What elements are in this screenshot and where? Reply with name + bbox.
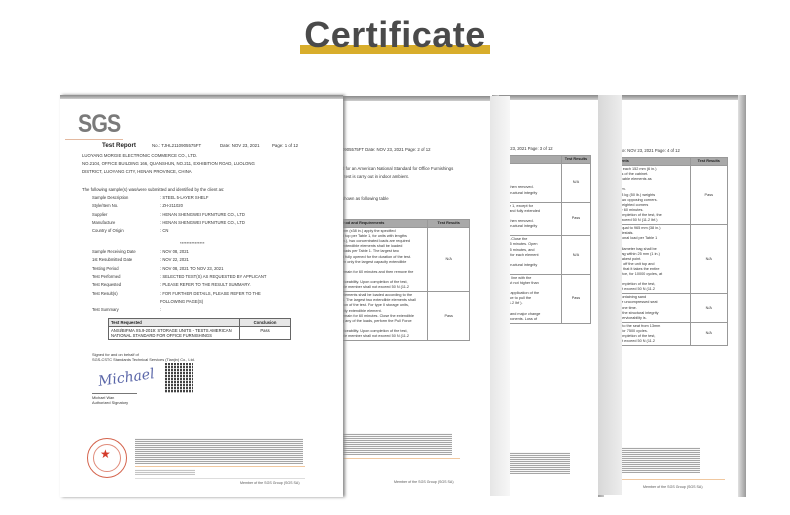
signature: Michael <box>97 366 155 390</box>
report-number: No.: TJHL2110905575FT <box>152 143 201 148</box>
col-header: Conclusion <box>240 319 291 327</box>
table-row: l or equal to 965 mm (38 in.) d pedestal… <box>611 225 728 294</box>
report-title: Test Report <box>102 142 136 149</box>
result-cell: N/A <box>428 228 470 292</box>
page-overlap-shadow <box>598 95 622 495</box>
cell-test: ANSI/BIFMA X5.9-2019: STORAGE UNITS - TE… <box>109 327 240 340</box>
table-row: Table 1, except for tion and fully exten… <box>500 202 591 236</box>
field-label: Manufacture <box>92 220 115 225</box>
table-row: ds onto the seat from 13mm face for 7500… <box>611 322 728 345</box>
qr-code-icon <box>165 363 193 393</box>
table-row: mm (x38 in.) apply the specified d top p… <box>340 228 470 292</box>
col-header: Test Requested <box>109 319 240 327</box>
field-label: Sample Description <box>92 195 128 200</box>
result-cell: Pass <box>428 292 470 341</box>
field-label: Country of Origin <box>92 228 124 233</box>
field-label: Sample Receiving Date <box>92 249 136 254</box>
cell-conclusion: Pass <box>240 327 291 340</box>
requirement-cell: elements shall be loaded according to th… <box>340 292 428 341</box>
page-shadow <box>330 96 510 101</box>
certificate-page-2: 0905575FT Date: NOV 23, 2021 Page: 2 of … <box>330 96 510 496</box>
table-row: ber containing sand ce the uncompressed … <box>611 294 728 322</box>
result-cell: Pass <box>561 202 590 236</box>
field-value: : NOV 22, 2021 <box>160 257 189 262</box>
field-value: : NOV 08, 2021 <box>160 249 189 254</box>
requirement-cell: ds onto the seat from 13mm face for 7500… <box>611 322 691 345</box>
field-value: : FOR FURTHER DETAILS, PLEASE REFER TO T… <box>160 291 261 296</box>
star-icon: ★ <box>100 448 111 460</box>
legal-fine-print <box>135 438 303 464</box>
field-value: FOLLOWING PAGE(S) <box>160 299 203 304</box>
legal-fine-print <box>342 433 452 455</box>
footer-line <box>135 466 305 467</box>
table-row: and then removed. he structural integrit… <box>500 164 591 203</box>
legal-fine-print <box>500 452 570 474</box>
field-value: : ZH-211020 <box>160 203 183 208</box>
field-value: : HENAN SHENGWEI FURNITURE CO., LTD <box>160 220 245 225</box>
field-value: : <box>160 307 161 312</box>
field-label: Test Performed <box>92 274 120 279</box>
separator: *************** <box>180 241 204 246</box>
table-row: ble 1.Close the for 15 minutes. Open for… <box>500 236 591 275</box>
page-text-line: shown as following table <box>342 196 389 201</box>
page-shadow <box>60 95 343 99</box>
field-value: : SELECTED TEST(S) AS REQUESTED BY APPLI… <box>160 274 266 279</box>
page-text-line: d for an American National Standard for … <box>342 166 453 171</box>
field-label: Test Requested <box>92 282 121 287</box>
signed-org: SGS-CSTC Standards Technical Services (T… <box>92 357 195 362</box>
page-text-line: f test is carry out in indoor ambient. <box>342 174 409 179</box>
table-row: ANSI/BIFMA X5.9-2019: STORAGE UNITS - TE… <box>109 327 291 340</box>
col-header: thod and Requirements <box>340 220 428 228</box>
test-summary-table: Test Requested Conclusion ANSI/BIFMA X5.… <box>108 318 291 340</box>
page-edge <box>738 95 746 497</box>
legal-fine-print <box>610 447 700 473</box>
footer-line <box>610 479 725 480</box>
table-row: elements shall be loaded according to th… <box>340 292 470 341</box>
footer-line <box>135 478 305 479</box>
field-label: Style/Item No. <box>92 203 118 208</box>
table-row: locks each 152 mm (6 in.) edges of the c… <box>611 166 728 225</box>
table-row: nd in line with the st, but not higher t… <box>500 274 591 323</box>
result-cell: N/A <box>561 236 590 275</box>
result-cell: Pass <box>561 274 590 323</box>
certificate-heading: Certificate <box>300 14 490 56</box>
result-cell: N/A <box>561 164 590 203</box>
col-header: Test Results <box>690 158 727 166</box>
field-label: Supplier <box>92 212 107 217</box>
field-label: Test Result(s) <box>92 291 118 296</box>
heading-text: Certificate <box>304 14 486 55</box>
field-value: : PLEASE REFER TO THE RESULT SUMMARY. <box>160 282 251 287</box>
report-date: Date: NOV 23, 2021 <box>220 143 260 148</box>
signatory-title: Authorized Signatory <box>92 400 128 405</box>
member-text: Member of the SGS Group (SGS SA) <box>240 481 300 485</box>
heading-wrap: Certificate <box>0 14 790 56</box>
requirement-cell: l or equal to 965 mm (38 in.) d pedestal… <box>611 225 691 294</box>
result-cell: N/A <box>690 294 727 322</box>
requirement-cell: locks each 152 mm (6 in.) edges of the c… <box>611 166 691 225</box>
page-overlap-shadow <box>490 96 510 496</box>
address-fine-print <box>135 469 195 475</box>
intro-text: The following sample(s) was/were submitt… <box>82 187 224 192</box>
result-cell: N/A <box>690 322 727 345</box>
certificate-page-3: NOV 23, 2021 Page: 3 of 12 ntsTest Resul… <box>492 95 622 495</box>
field-value: : CN <box>160 228 168 233</box>
client-line: DISTRICT, LUOYANG CITY, HENAN PROVINCE, … <box>82 169 192 174</box>
page-header: 0905575FT Date: NOV 23, 2021 Page: 2 of … <box>342 147 431 152</box>
red-seal-stamp-icon: ★ <box>87 438 127 478</box>
col-header: irements <box>611 158 691 166</box>
page-header: Date: NOV 23, 2021 Page: 4 of 12 <box>616 148 680 153</box>
client-line: LUOYANG MORGIE ELECTRONIC COMMERCE CO., … <box>82 153 197 158</box>
requirements-table: irementsTest Resultslocks each 152 mm (6… <box>610 157 728 346</box>
requirements-table: ntsTest Results and then removed. he str… <box>499 155 591 324</box>
requirement-cell: mm (x38 in.) apply the specified d top p… <box>340 228 428 292</box>
field-label: Testing Period <box>92 266 119 271</box>
footer-line <box>342 458 460 459</box>
certificate-page-1: SGS Test Report No.: TJHL2110905575FT Da… <box>60 95 343 497</box>
col-header: Test Results <box>428 220 470 228</box>
col-header: Test Results <box>561 156 590 164</box>
field-value: : STEEL 5-LAYER SHELF <box>160 195 208 200</box>
field-value: : HENAN SHENGWEI FURNITURE CO., LTD <box>160 212 245 217</box>
requirements-table: thod and RequirementsTest Resultsmm (x38… <box>339 219 470 341</box>
field-value: : NOV 08, 2021 TO NOV 23, 2021 <box>160 266 223 271</box>
result-cell: N/A <box>690 225 727 294</box>
logo-underline <box>65 139 123 140</box>
result-cell: Pass <box>690 166 727 225</box>
page-number: Page: 1 of 12 <box>272 143 298 148</box>
sgs-logo: SGS <box>78 110 120 139</box>
field-label: 1st Resubmitted Date <box>92 257 132 262</box>
signature-line <box>92 393 137 394</box>
member-text: Member of the SGS Group (SGS SA) <box>394 480 454 484</box>
member-text: Member of the SGS Group (SGS SA) <box>643 485 703 489</box>
requirement-cell: ber containing sand ce the uncompressed … <box>611 294 691 322</box>
field-label: Test Summary <box>92 307 119 312</box>
client-line: NO.2104, OFFICE BUILDING 166, QUANSHUN, … <box>82 161 255 166</box>
